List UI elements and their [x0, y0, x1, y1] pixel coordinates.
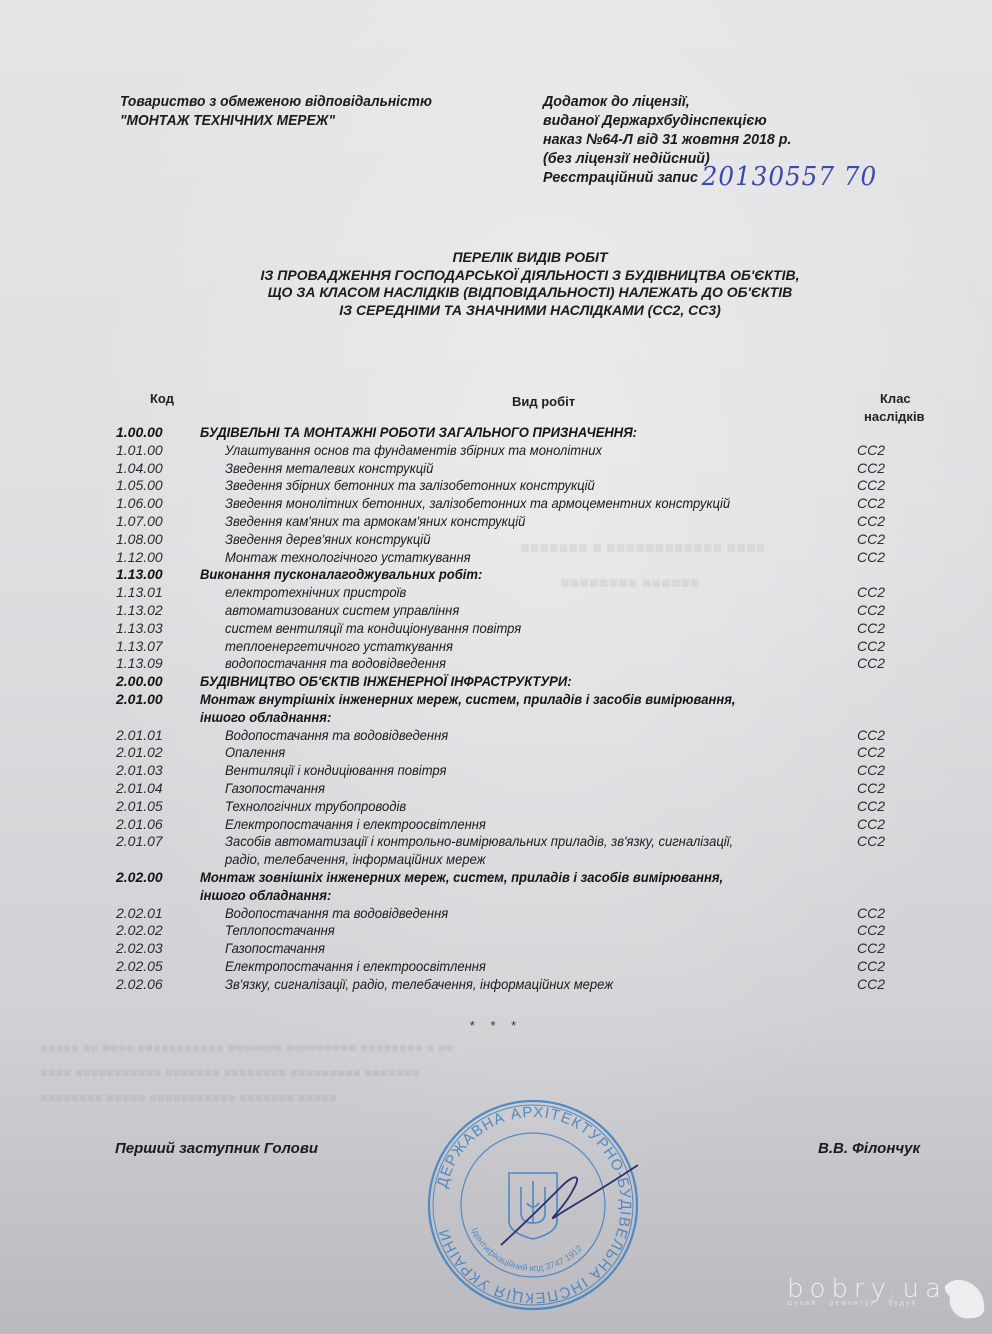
- bleed-through-text: ■■■■ ■■■■■■■■■■■ ■■■■■■■ ■■■■■■■■ ■■■■■■…: [40, 1065, 419, 1080]
- row-code: 2.00.00: [116, 673, 163, 691]
- title-line: ІЗ СЕРЕДНІМИ ТА ЗНАЧНИМИ НАСЛІДКАМИ (СС2…: [200, 302, 860, 320]
- row-consequence-class: CC2: [857, 958, 885, 976]
- row-work-type: Вентиляції і кондиціювання повітря: [225, 762, 446, 780]
- row-work-type: Монтаж внутрішніх інженерних мереж, сист…: [200, 691, 735, 709]
- row-code: 2.01.05: [116, 798, 163, 816]
- bleed-through-text: ■■■■■■■■ ■■■■■ ■■■■■■■■■■■ ■■■■■■■ ■■■■■: [40, 1090, 337, 1105]
- row-consequence-class: CC2: [857, 477, 885, 495]
- row-code: 2.01.06: [116, 816, 163, 834]
- table-section-row: іншого обладнання:: [0, 887, 992, 905]
- table-row: 1.04.00Зведення металевих конструкційCC2: [0, 460, 992, 478]
- table-section-row: іншого обладнання:: [0, 709, 992, 727]
- row-work-type: Зв'язку, сигналізації, радіо, телебаченн…: [225, 976, 613, 994]
- table-section-row: 2.01.00Монтаж внутрішніх інженерних мере…: [0, 691, 992, 709]
- row-code: 2.01.07: [116, 833, 163, 851]
- row-consequence-class: CC2: [857, 762, 885, 780]
- table-section-row: 1.13.00Виконання пусконалагоджувальних р…: [0, 566, 992, 584]
- row-code: 1.01.00: [116, 442, 163, 460]
- row-code: 2.02.01: [116, 905, 163, 923]
- table-section-row: 1.00.00БУДІВЕЛЬНІ ТА МОНТАЖНІ РОБОТИ ЗАГ…: [0, 424, 992, 442]
- row-consequence-class: CC2: [857, 922, 885, 940]
- table-row: 1.07.00Зведення кам'яних та армокам'яних…: [0, 513, 992, 531]
- beaver-logo-icon: [940, 1276, 990, 1320]
- row-work-type: Зведення дерев'яних конструкцій: [225, 531, 430, 549]
- row-consequence-class: CC2: [857, 495, 885, 513]
- table-row: 1.01.00Улаштування основ та фундаментів …: [0, 442, 992, 460]
- row-work-type: Водопостачання та водовідведення: [225, 905, 448, 923]
- row-consequence-class: CC2: [857, 602, 885, 620]
- row-consequence-class: CC2: [857, 531, 885, 549]
- row-work-type: Зведення металевих конструкцій: [225, 460, 433, 478]
- table-row: 2.02.06Зв'язку, сигналізації, радіо, тел…: [0, 976, 992, 994]
- company-block: Товариство з обмеженою відповідальністю …: [120, 92, 432, 130]
- row-code: 2.02.03: [116, 940, 163, 958]
- row-work-type: Опалення: [225, 744, 285, 762]
- title-line: ПЕРЕЛІК ВИДІВ РОБІТ: [200, 249, 860, 267]
- table-row: 1.13.02автоматизованих систем управління…: [0, 602, 992, 620]
- row-work-type: Улаштування основ та фундаментів збірних…: [225, 442, 602, 460]
- row-consequence-class: CC2: [857, 727, 885, 745]
- row-code: 1.13.03: [116, 620, 163, 638]
- row-consequence-class: CC2: [857, 816, 885, 834]
- signatory-name: В.В. Філончук: [818, 1140, 920, 1157]
- row-work-type: Водопостачання та водовідведення: [225, 727, 448, 745]
- row-work-type: Засобів автоматизації і контрольно-вимір…: [225, 833, 733, 851]
- table-row: 2.01.04ГазопостачанняCC2: [0, 780, 992, 798]
- row-work-type: Теплопостачання: [225, 922, 335, 940]
- row-work-type: Зведення монолітних бетонних, залізобето…: [225, 495, 730, 513]
- row-code: 1.07.00: [116, 513, 163, 531]
- row-work-type: іншого обладнання:: [200, 709, 331, 727]
- license-reference-block: Додаток до ліцензії, виданої Держархбуді…: [543, 92, 877, 187]
- appendix-label: Додаток до ліцензії,: [543, 92, 877, 111]
- row-code: 2.02.05: [116, 958, 163, 976]
- table-section-row: 2.02.00Монтаж зовнішніх інженерних мереж…: [0, 869, 992, 887]
- work-types-table: 1.00.00БУДІВЕЛЬНІ ТА МОНТАЖНІ РОБОТИ ЗАГ…: [0, 424, 992, 994]
- row-consequence-class: CC2: [857, 513, 885, 531]
- row-work-type: іншого обладнання:: [200, 887, 331, 905]
- row-consequence-class: CC2: [857, 744, 885, 762]
- column-header-work-type: Вид робіт: [512, 394, 575, 409]
- table-row: 2.02.03ГазопостачанняCC2: [0, 940, 992, 958]
- table-row: 2.01.02ОпаленняCC2: [0, 744, 992, 762]
- row-code: 1.13.00: [116, 566, 163, 584]
- row-consequence-class: CC2: [857, 584, 885, 602]
- table-row: 1.13.03систем вентиляції та кондиціонува…: [0, 620, 992, 638]
- column-header-code: Код: [150, 391, 174, 406]
- row-code: 2.02.00: [116, 869, 163, 887]
- table-row: 1.06.00Зведення монолітних бетонних, зал…: [0, 495, 992, 513]
- issuer: виданої Держархбудінспекцією: [543, 111, 877, 130]
- row-consequence-class: CC2: [857, 638, 885, 656]
- row-consequence-class: CC2: [857, 655, 885, 673]
- row-code: 2.02.06: [116, 976, 163, 994]
- company-descriptor: Товариство з обмеженою відповідальністю: [120, 92, 432, 111]
- row-consequence-class: CC2: [857, 460, 885, 478]
- row-work-type: Зведення збірних бетонних та залізобетон…: [225, 477, 595, 495]
- row-work-type: Монтаж зовнішніх інженерних мереж, систе…: [200, 869, 723, 887]
- row-consequence-class: CC2: [857, 549, 885, 567]
- table-row: 2.01.07Засобів автоматизації і контрольн…: [0, 833, 992, 851]
- row-work-type: водопостачання та водовідведення: [225, 655, 446, 673]
- row-work-type: електротехнічних пристроїв: [225, 584, 406, 602]
- row-code: 2.01.02: [116, 744, 163, 762]
- separator-stars: * * *: [0, 1018, 992, 1033]
- table-row: 1.13.07теплоенергетичного устаткуванняCC…: [0, 638, 992, 656]
- company-name: "МОНТАЖ ТЕХНІЧНИХ МЕРЕЖ": [120, 111, 432, 130]
- table-row: 2.01.01Водопостачання та водовідведенняC…: [0, 727, 992, 745]
- svg-text:Ідентифікаційний код 3747 1912: Ідентифікаційний код 3747 1912: [470, 1226, 584, 1273]
- row-code: 1.06.00: [116, 495, 163, 513]
- column-header-class: Клас: [880, 391, 911, 406]
- row-consequence-class: CC2: [857, 780, 885, 798]
- row-code: 1.08.00: [116, 531, 163, 549]
- table-row: 2.01.05Технологічних трубопроводівCC2: [0, 798, 992, 816]
- row-work-type: Монтаж технологічного устаткування: [225, 549, 471, 567]
- row-code: 2.01.03: [116, 762, 163, 780]
- row-work-type: теплоенергетичного устаткування: [225, 638, 453, 656]
- table-row: 2.02.05Електропостачання і електроосвітл…: [0, 958, 992, 976]
- row-work-type: Газопостачання: [225, 780, 325, 798]
- row-work-type: систем вентиляції та кондиціонування пов…: [225, 620, 521, 638]
- table-row: 2.01.06Електропостачання і електроосвітл…: [0, 816, 992, 834]
- column-header-class-2: наслідків: [864, 409, 925, 424]
- row-code: 2.01.04: [116, 780, 163, 798]
- row-code: 1.05.00: [116, 477, 163, 495]
- table-row: 1.05.00Зведення збірних бетонних та залі…: [0, 477, 992, 495]
- official-stamp: ДЕРЖАВНА АРХІТЕКТУРНО-БУДІВЕЛЬНА ІНСПЕКЦ…: [423, 1095, 643, 1315]
- trident-coat-of-arms-icon: [509, 1173, 557, 1239]
- row-consequence-class: CC2: [857, 798, 885, 816]
- row-work-type: Технологічних трубопроводів: [225, 798, 406, 816]
- row-code: 2.01.01: [116, 727, 163, 745]
- row-code: 2.01.00: [116, 691, 163, 709]
- row-work-type: Електропостачання і електроосвітлення: [225, 958, 486, 976]
- row-work-type: радіо, телебачення, інформаційних мереж: [225, 851, 486, 869]
- bleed-through-text: ■■■■■ ■■ ■■■■ ■■■■■■■■■■■ ■■■■■■■ ■■■■■■…: [40, 1040, 454, 1055]
- signatory-position: Перший заступник Голови: [115, 1140, 318, 1157]
- row-consequence-class: CC2: [857, 940, 885, 958]
- row-work-type: Виконання пусконалагоджувальних робіт:: [200, 566, 482, 584]
- row-work-type: Електропостачання і електроосвітлення: [225, 816, 486, 834]
- row-work-type: БУДІВЕЛЬНІ ТА МОНТАЖНІ РОБОТИ ЗАГАЛЬНОГО…: [200, 424, 637, 442]
- table-row: 2.01.03Вентиляції і кондиціювання повітр…: [0, 762, 992, 780]
- order-reference: наказ №64-Л від 31 жовтня 2018 р.: [543, 130, 877, 149]
- row-consequence-class: CC2: [857, 905, 885, 923]
- row-code: 1.13.01: [116, 584, 163, 602]
- row-code: 1.04.00: [116, 460, 163, 478]
- row-code: 1.00.00: [116, 424, 163, 442]
- row-consequence-class: CC2: [857, 620, 885, 638]
- table-row: 1.12.00Монтаж технологічного устаткуванн…: [0, 549, 992, 567]
- table-row: радіо, телебачення, інформаційних мереж: [0, 851, 992, 869]
- row-work-type: Зведення кам'яних та армокам'яних констр…: [225, 513, 525, 531]
- table-row: 1.13.01електротехнічних пристроївCC2: [0, 584, 992, 602]
- registration-label: Реєстраційний запис: [543, 169, 698, 186]
- table-row: 2.02.02ТеплопостачанняCC2: [0, 922, 992, 940]
- license-appendix-page: ■■■■■■■ ■ ■■■■■■■■■■■■ ■■■■ ■■■■■■■■ ■■■…: [0, 0, 992, 1334]
- row-code: 1.13.07: [116, 638, 163, 656]
- registration-line: Реєстраційний запис20130557 70: [543, 168, 877, 187]
- row-code: 1.12.00: [116, 549, 163, 567]
- watermark: bobry.ua шукай · ремонтуй · будуй: [787, 1274, 947, 1307]
- table-row: 2.02.01Водопостачання та водовідведенняC…: [0, 905, 992, 923]
- table-row: 1.08.00Зведення дерев'яних конструкційCC…: [0, 531, 992, 549]
- title-line: ЩО ЗА КЛАСОМ НАСЛІДКІВ (ВІДПОВІДАЛЬНОСТІ…: [200, 284, 860, 302]
- row-code: 2.02.02: [116, 922, 163, 940]
- row-consequence-class: CC2: [857, 442, 885, 460]
- document-title: ПЕРЕЛІК ВИДІВ РОБІТ ІЗ ПРОВАДЖЕННЯ ГОСПО…: [200, 249, 860, 319]
- registration-number-handwritten: 20130557 70: [702, 162, 877, 192]
- title-line: ІЗ ПРОВАДЖЕННЯ ГОСПОДАРСЬКОЇ ДІЯЛЬНОСТІ …: [200, 267, 860, 285]
- row-work-type: автоматизованих систем управління: [225, 602, 459, 620]
- row-work-type: БУДІВНИЦТВО ОБ'ЄКТІВ ІНЖЕНЕРНОЇ ІНФРАСТР…: [200, 673, 572, 691]
- row-consequence-class: CC2: [857, 976, 885, 994]
- table-row: 1.13.09водопостачання та водовідведенняC…: [0, 655, 992, 673]
- row-code: 1.13.09: [116, 655, 163, 673]
- table-section-row: 2.00.00БУДІВНИЦТВО ОБ'ЄКТІВ ІНЖЕНЕРНОЇ І…: [0, 673, 992, 691]
- row-work-type: Газопостачання: [225, 940, 325, 958]
- row-consequence-class: CC2: [857, 833, 885, 851]
- row-code: 1.13.02: [116, 602, 163, 620]
